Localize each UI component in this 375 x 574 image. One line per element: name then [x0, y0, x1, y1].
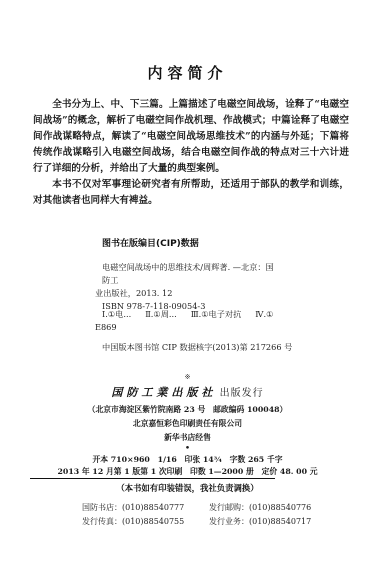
cip-title-line: 电磁空间战场中的思维技术/周辉著. —北京：国防工 [95, 261, 275, 287]
abstract-paragraph: 本书不仅对军事理论研究者有所帮助，还适用于部队的教学和训练，对其他读者也同样大有… [33, 177, 349, 209]
publisher-line: 国防工業出版社 出版发行 [0, 384, 375, 400]
contact-list: 国防书店：(010)88540777 发行邮购：(010)88540776 发行… [82, 502, 322, 527]
edition-price: 2013 年 12 月第 1 版第 1 次印刷 印数 1—2000 册 定价 4… [0, 466, 375, 477]
cip-publisher-line: 业出版社，2013. 12 [95, 287, 275, 300]
divider-mark: ※ [0, 373, 375, 381]
horizontal-rule [30, 478, 275, 479]
contact-mail-order: 发行邮购：(010)88540776 [209, 502, 339, 513]
abstract-paragraph: 全书分为上、中、下三篇。上篇描述了电磁空间战场，诠释了“电磁空间战场”的概念，解… [33, 97, 349, 177]
replacement-note: （本书如有印装错误，我社负责调换） [0, 482, 375, 494]
contact-bookstore: 国防书店：(010)88540777 [82, 502, 209, 513]
cip-class-code: E869 [95, 321, 295, 334]
cip-record-number: 中国版本图书馆 CIP 数据核字(2013)第 217266 号 [102, 342, 292, 353]
cip-entry: 电磁空间战场中的思维技术/周辉著. —北京：国防工 业出版社，2013. 12 … [95, 261, 275, 313]
contact-fax: 发行传真：(010)88540755 [82, 516, 209, 527]
cip-classification: Ⅰ.①电... Ⅱ.①周... Ⅲ.①电子对抗 Ⅳ.① E869 [95, 308, 295, 334]
publisher-suffix: 出版发行 [220, 388, 264, 399]
abstract: 全书分为上、中、下三篇。上篇描述了电磁空间战场，诠释了“电磁空间战场”的概念，解… [33, 97, 349, 209]
cip-class-item: Ⅲ.①电子对抗 [191, 308, 242, 321]
cip-heading: 图书在版编目(CIP)数据 [102, 236, 199, 249]
distributor: 新华书店经售 [0, 432, 375, 443]
cip-class-item: Ⅳ.① [255, 308, 273, 321]
print-specs: 开本 710×960 1/16 印张 14¾ 字数 265 千字 [0, 454, 375, 465]
publisher-address: （北京市海淀区紫竹院南路 23 号 邮政编码 100048） [0, 404, 375, 415]
printer: 北京嘉恒彩色印刷责任有限公司 [0, 418, 375, 429]
publisher-logo-text: 国防工業出版社 [111, 386, 216, 399]
cip-class-item: Ⅰ.①电... [102, 308, 131, 321]
copyright-page: 内容简介 全书分为上、中、下三篇。上篇描述了电磁空间战场，诠释了“电磁空间战场”… [0, 0, 375, 574]
contact-business: 发行业务：(010)88540717 [209, 516, 339, 527]
dot-separator: • [0, 443, 375, 452]
page-title: 内容简介 [0, 62, 375, 83]
cip-class-item: Ⅱ.①周... [145, 308, 177, 321]
